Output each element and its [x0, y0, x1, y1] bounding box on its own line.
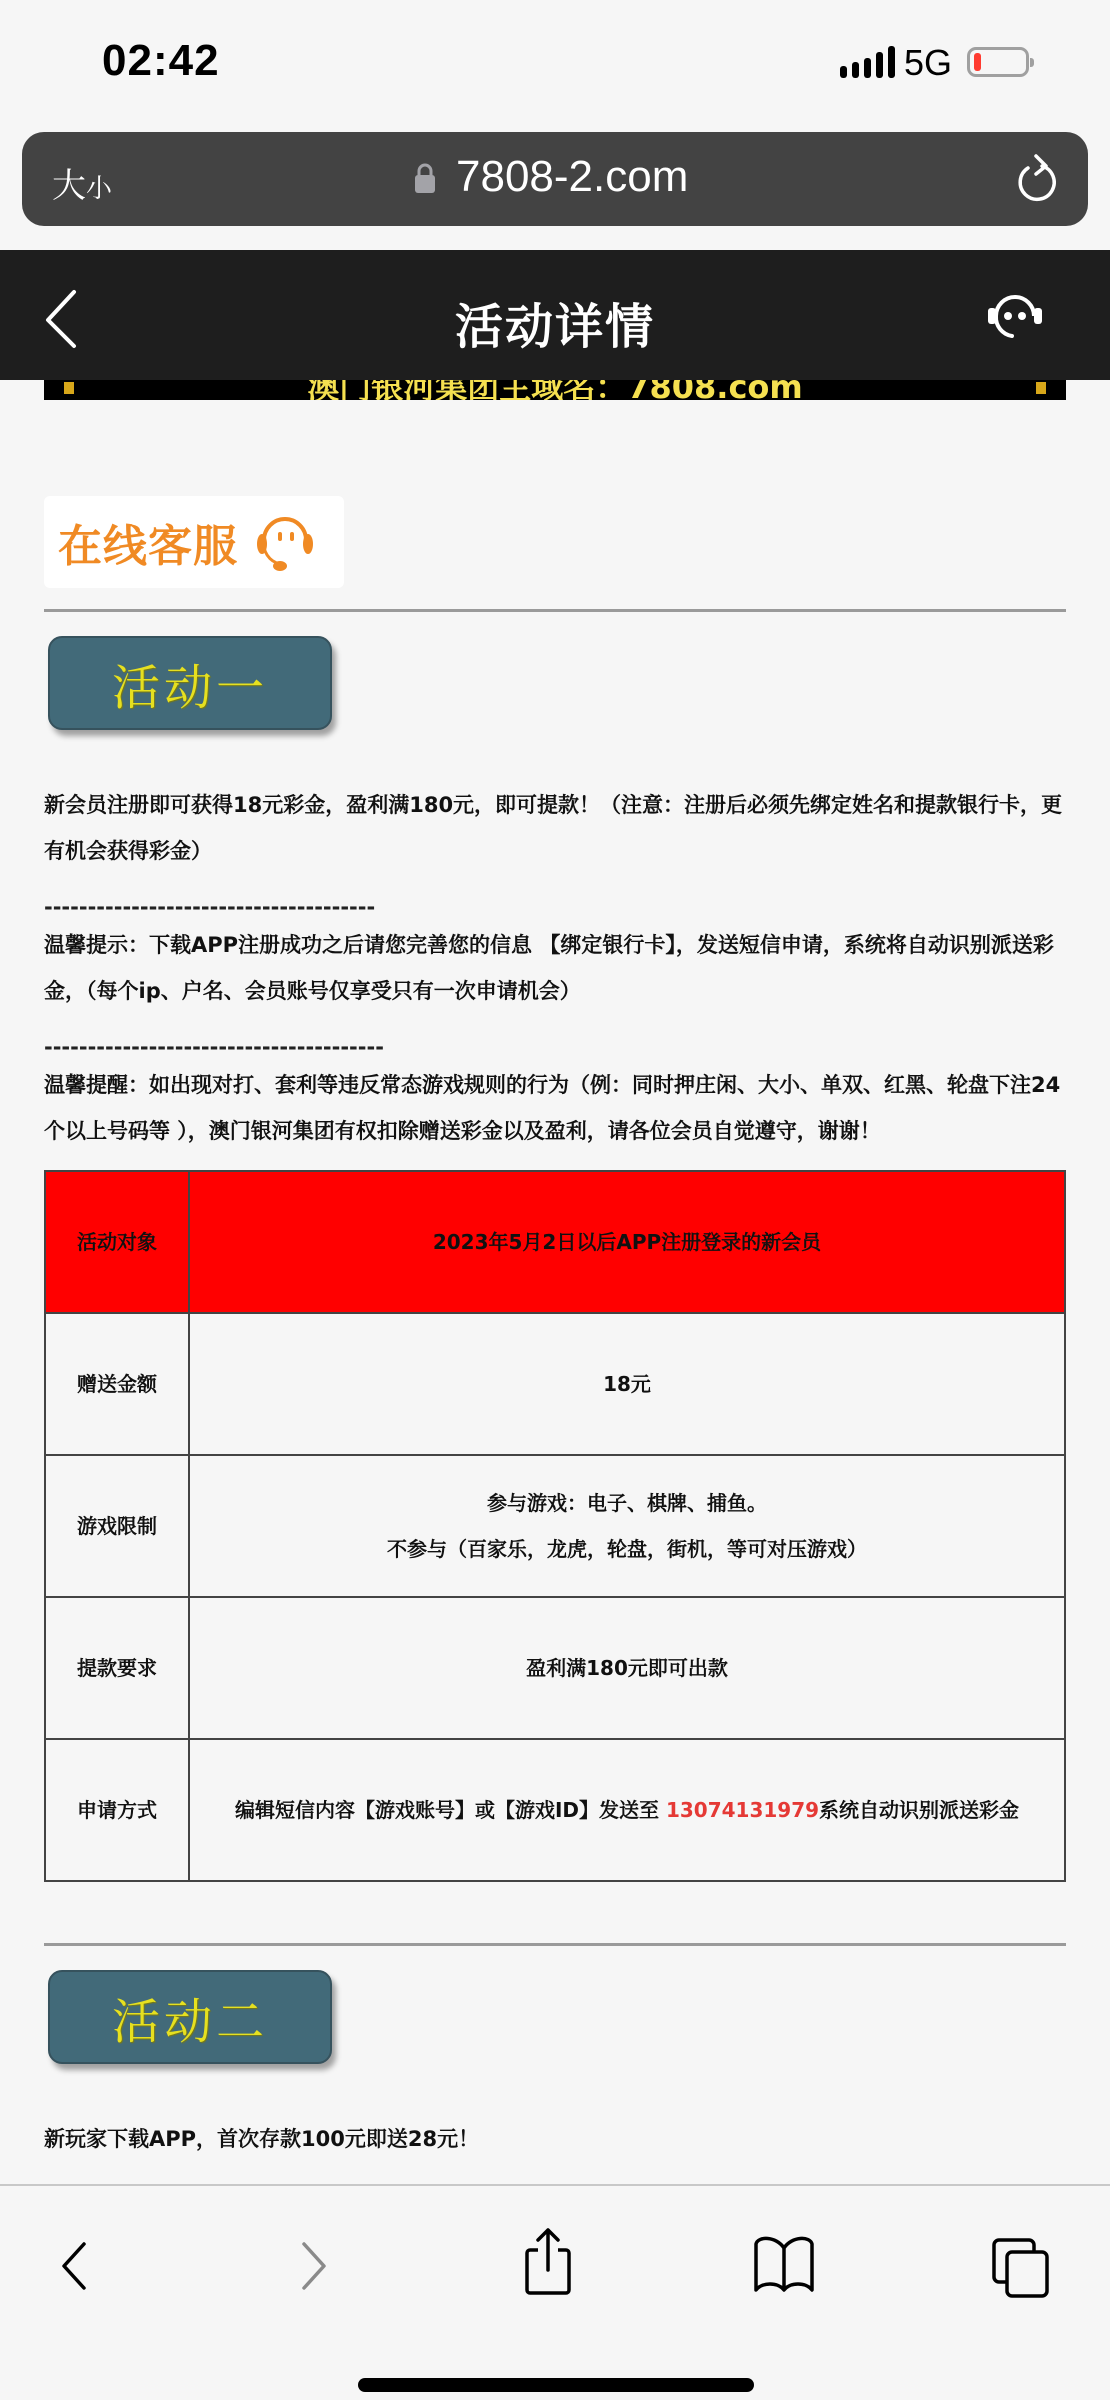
share-button[interactable] [520, 2226, 576, 2298]
activity-two-button[interactable]: 活动二 [48, 1970, 332, 2064]
row-key: 赠送金额 [45, 1313, 189, 1455]
activity-one-intro: 新会员注册即可获得18元彩金，盈利满180元，即可提款！（注意：注册后必须先绑定… [44, 782, 1074, 874]
headset-icon [250, 506, 320, 578]
divider [44, 609, 1066, 612]
bookmarks-button[interactable] [752, 2234, 816, 2296]
activity-one-warning: 温馨提醒：如出现对打、套利等违反常态游戏规则的行为（例：同时押庄闲、大小、单双、… [44, 1062, 1074, 1154]
banner-strip: 澳门银河集团主域名：7808.com [44, 380, 1066, 400]
apply-method-prefix: 编辑短信内容【游戏账号】或【游戏ID】发送至 [235, 1798, 666, 1822]
table-row: 游戏限制 参与游戏：电子、棋牌、捕鱼。 不参与（百家乐，龙虎，轮盘，街机，等可对… [45, 1455, 1065, 1597]
row-key: 申请方式 [45, 1739, 189, 1881]
divider [44, 1943, 1066, 1946]
activity-two-label: 活动二 [112, 1983, 268, 2052]
screen: 02:42 5G 大小 7808-2.com 活动详情 [0, 0, 1110, 2400]
row-value: 盈利满180元即可出款 [189, 1597, 1065, 1739]
app-header: 活动详情 [0, 250, 1110, 380]
banner-deco-right [1036, 382, 1046, 394]
banner-text: 澳门银河集团主域名：7808.com [44, 380, 1066, 400]
customer-support-icon[interactable] [984, 286, 1046, 346]
row-value-line: 不参与（百家乐，龙虎，轮盘，街机，等可对压游戏） [190, 1526, 1064, 1572]
activity-one-tip: 温馨提示：下载APP注册成功之后请您完善您的信息 【绑定银行卡】，发送短信申请，… [44, 922, 1074, 1014]
text-size-small: 小 [86, 174, 112, 204]
text-size-button[interactable]: 大小 [52, 158, 112, 207]
row-key: 活动对象 [45, 1171, 189, 1313]
separator: -------------------------------------- [44, 895, 375, 919]
row-value-line: 参与游戏：电子、棋牌、捕鱼。 [190, 1480, 1064, 1526]
activity-two-intro: 新玩家下载APP，首次存款100元即送28元！ [44, 2116, 1074, 2162]
status-time: 02:42 [102, 36, 220, 86]
back-button[interactable] [56, 2238, 92, 2294]
status-bar: 02:42 5G [0, 0, 1110, 130]
online-support-label: 在线客服 [58, 510, 238, 574]
separator: --------------------------------------- [44, 1035, 384, 1059]
text-size-big: 大 [52, 166, 86, 206]
table-row: 申请方式 编辑短信内容【游戏账号】或【游戏ID】发送至 13074131979系… [45, 1739, 1065, 1881]
tabs-button[interactable] [990, 2236, 1052, 2300]
activity-one-button[interactable]: 活动一 [48, 636, 332, 730]
row-value: 编辑短信内容【游戏账号】或【游戏ID】发送至 13074131979系统自动识别… [189, 1739, 1065, 1881]
url-text[interactable]: 7808-2.com [456, 152, 688, 202]
row-value: 2023年5月2日以后APP注册登录的新会员 [189, 1171, 1065, 1313]
apply-method-suffix: 系统自动识别派送彩金 [819, 1798, 1019, 1822]
url-bar[interactable]: 大小 7808-2.com [22, 132, 1088, 226]
row-value: 18元 [189, 1313, 1065, 1455]
table-row: 提款要求 盈利满180元即可出款 [45, 1597, 1065, 1739]
activity-one-label: 活动一 [112, 649, 268, 718]
forward-button[interactable] [296, 2238, 332, 2294]
row-key: 游戏限制 [45, 1455, 189, 1597]
table-row: 活动对象 2023年5月2日以后APP注册登录的新会员 [45, 1171, 1065, 1313]
signal-icon [840, 46, 895, 78]
table-row: 赠送金额 18元 [45, 1313, 1065, 1455]
battery-icon [967, 47, 1029, 77]
reload-icon[interactable] [1012, 152, 1062, 206]
battery-level [974, 53, 981, 71]
lock-icon [414, 162, 436, 194]
activity-one-table: 活动对象 2023年5月2日以后APP注册登录的新会员 赠送金额 18元 游戏限… [44, 1170, 1066, 1882]
browser-toolbar [0, 2184, 1110, 2400]
online-support-badge[interactable]: 在线客服 [44, 496, 344, 588]
phone-number[interactable]: 13074131979 [666, 1798, 819, 1822]
content-area: 澳门银河集团主域名：7808.com 在线客服 活动一 新会员注册即可获得18元… [0, 380, 1110, 2185]
row-key: 提款要求 [45, 1597, 189, 1739]
row-value: 参与游戏：电子、棋牌、捕鱼。 不参与（百家乐，龙虎，轮盘，街机，等可对压游戏） [189, 1455, 1065, 1597]
network-label: 5G [904, 42, 952, 84]
page-title: 活动详情 [0, 288, 1110, 357]
home-indicator[interactable] [358, 2378, 754, 2392]
